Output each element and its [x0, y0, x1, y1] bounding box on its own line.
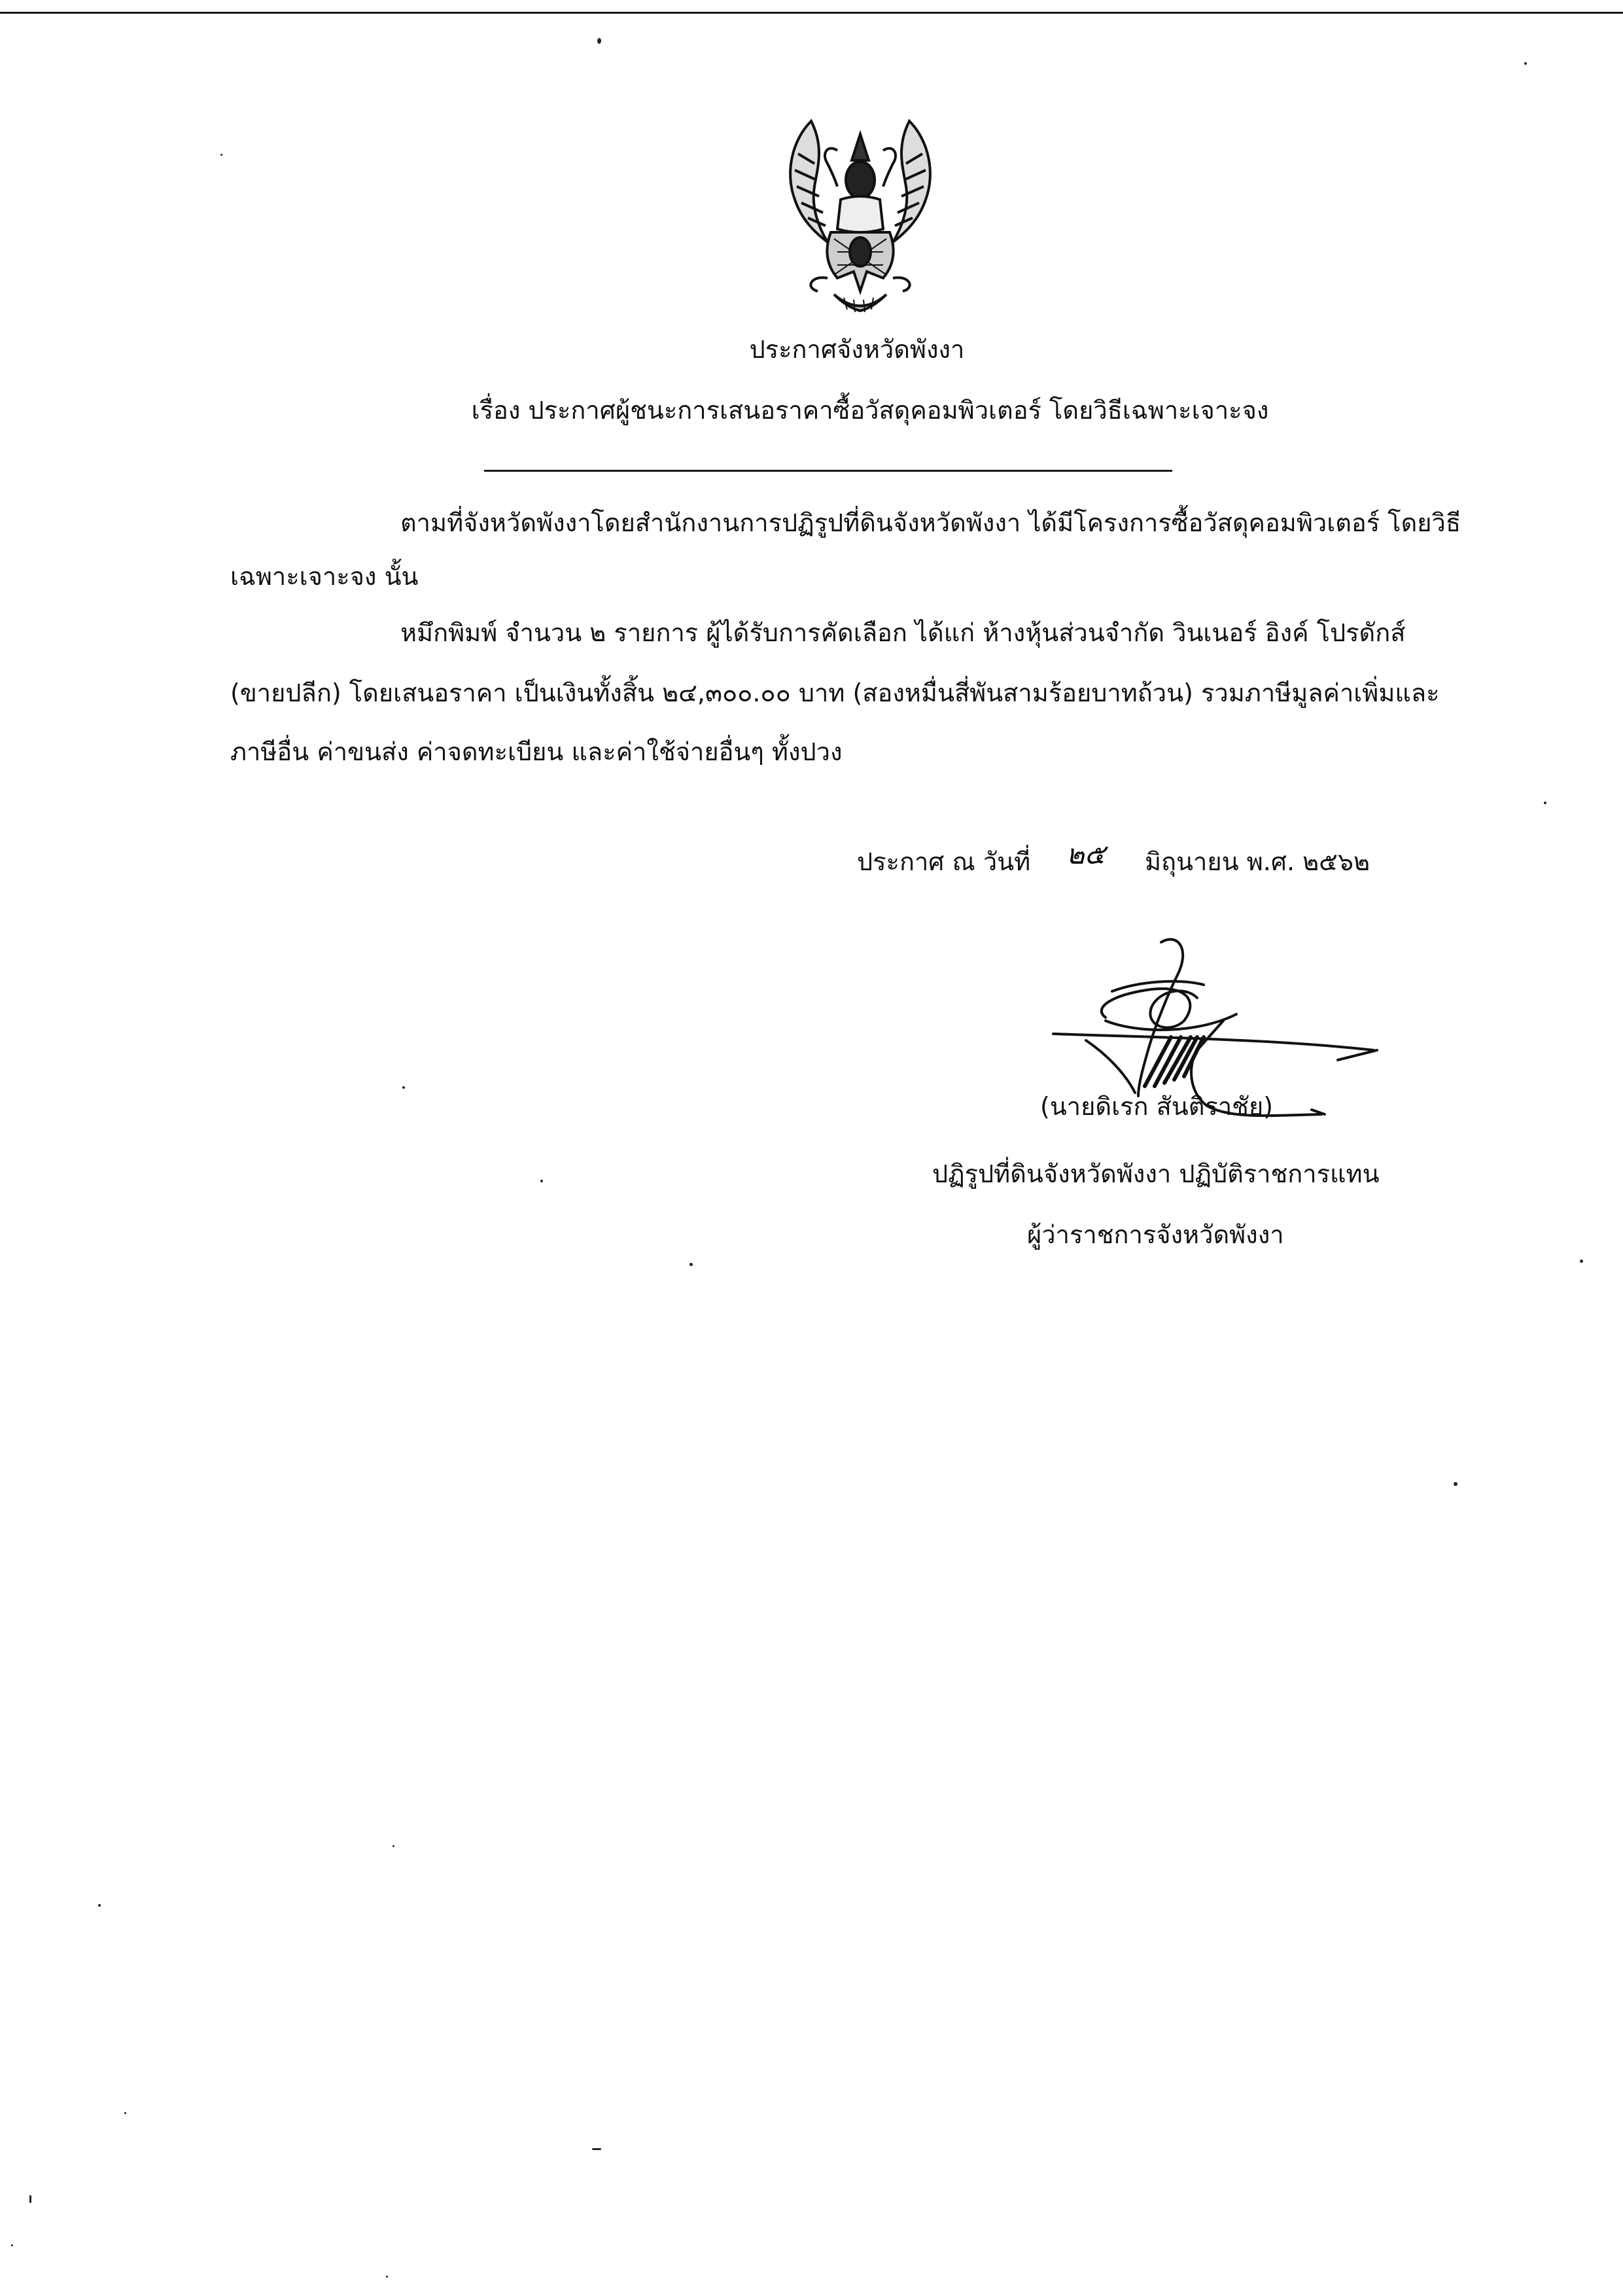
para1-line1: ตามที่จังหวัดพังงาโดยสำนักงานการปฏิรูปที… [400, 510, 1461, 535]
para2-line2: (ขายปลีก) โดยเสนอราคา เป็นเงินทั้งสิ้น ๒… [230, 680, 1440, 705]
scan-speck [98, 1904, 101, 1907]
para1-line2: เฉพาะเจาะจง นั้น [230, 564, 419, 589]
scan-speck [393, 1845, 394, 1847]
signatory-name: (นายดิเรก สันติราชัย) [1040, 1094, 1273, 1119]
scan-speck [1544, 802, 1546, 804]
issuer-title: ประกาศจังหวัดพังงา [750, 337, 965, 362]
scan-speck [1454, 1482, 1457, 1486]
scan-speck [11, 2244, 13, 2246]
scan-speck [29, 2195, 31, 2203]
garuda-emblem-icon [765, 115, 955, 324]
scan-speck [1524, 62, 1527, 65]
scan-speck [402, 1086, 405, 1089]
scan-top-edge-rule [0, 12, 1623, 14]
signatory-position-line2: ผู้ว่าราชการจังหวัดพังงา [1027, 1222, 1284, 1247]
title-underline [484, 470, 1172, 472]
scan-speck [1580, 1260, 1583, 1263]
scan-speck [540, 1180, 543, 1182]
scan-speck [124, 2112, 126, 2114]
para2-line3: ภาษีอื่น ค่าขนส่ง ค่าจดทะเบียน และค่าใช้… [230, 739, 843, 764]
date-month-year: มิถุนายน พ.ศ. ๒๕๖๒ [1145, 849, 1370, 874]
document-page: ประกาศจังหวัดพังงา เรื่อง ประกาศผู้ชนะกา… [0, 0, 1623, 2296]
scan-speck [689, 1263, 693, 1266]
date-day-handwritten: ๒๕ [1066, 841, 1105, 868]
scan-speck [386, 2276, 388, 2278]
scan-speck [597, 38, 601, 44]
signatory-position-line1: ปฏิรูปที่ดินจังหวัดพังงา ปฏิบัติราชการแท… [932, 1161, 1380, 1186]
date-prefix: ประกาศ ณ วันที่ [857, 849, 1030, 874]
para2-line1: หมึกพิมพ์ จำนวน ๒ รายการ ผู้ได้รับการคัด… [400, 620, 1405, 645]
scan-speck [592, 2148, 601, 2150]
scan-speck [220, 154, 222, 156]
subject-title: เรื่อง ประกาศผู้ชนะการเสนอราคาซื้อวัสดุค… [472, 398, 1269, 423]
